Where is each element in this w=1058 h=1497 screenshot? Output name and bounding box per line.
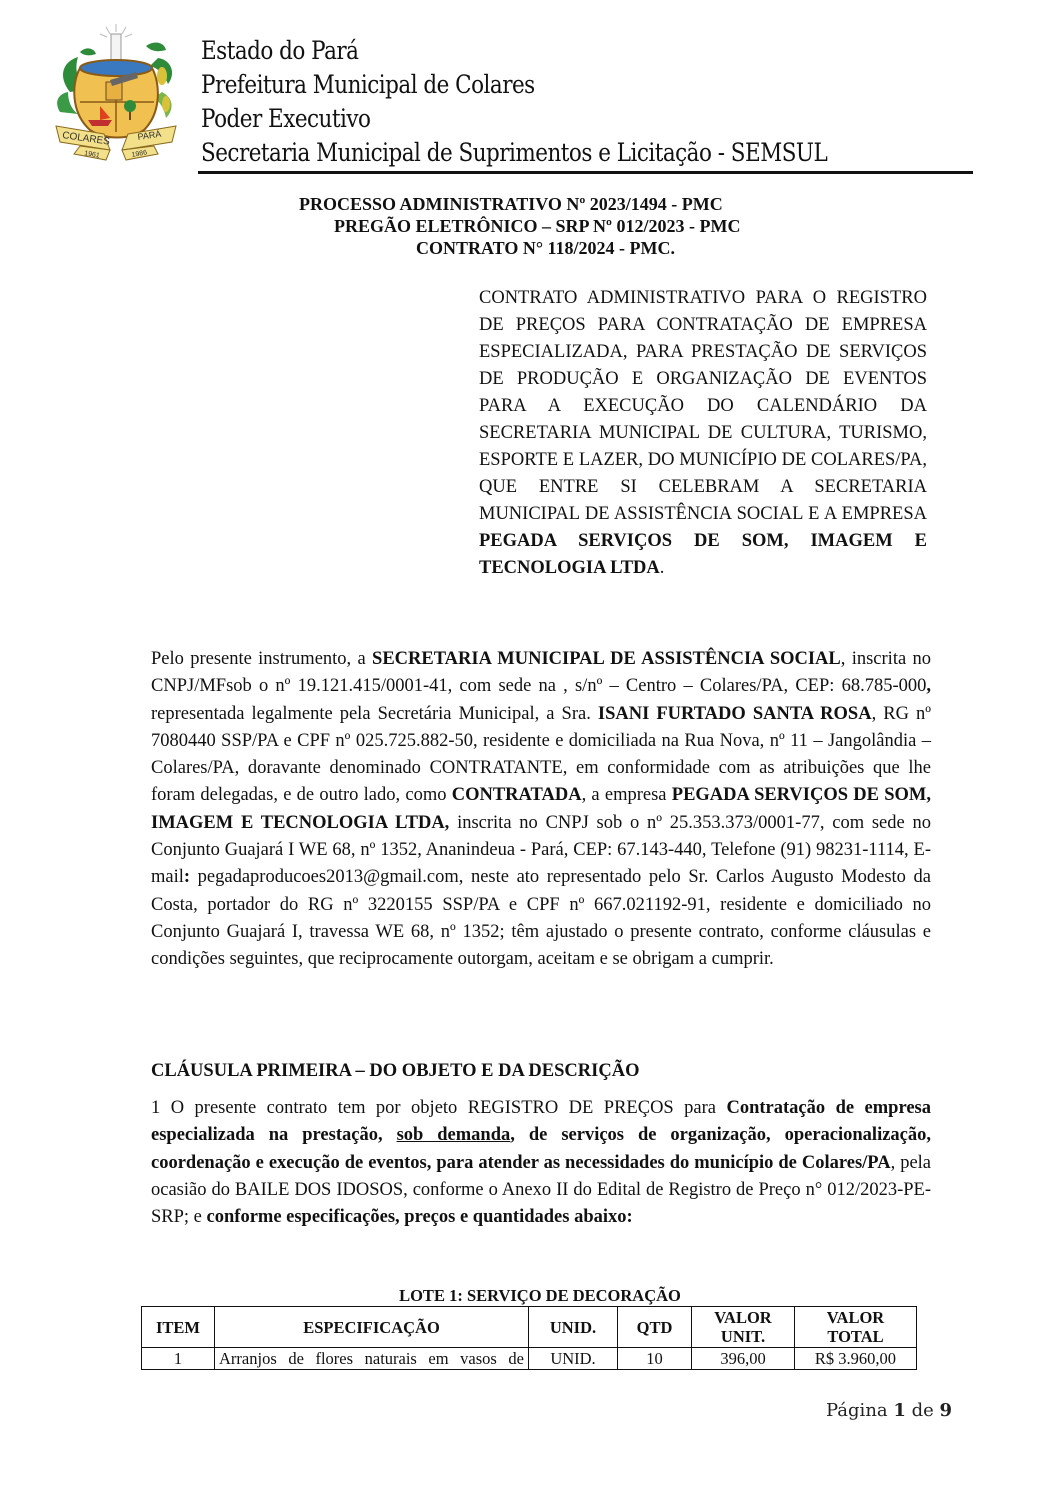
col-spec: ESPECIFICAÇÃO — [215, 1307, 529, 1348]
text: , — [926, 676, 931, 696]
text: Pelo presente instrumento, a — [151, 649, 372, 669]
coat-of-arms-icon: COLARES PARÁ 1961 1986 — [50, 22, 182, 162]
contract-summary: CONTRATO ADMINISTRATIVO PARA O REGISTRO … — [479, 285, 927, 582]
lot-title: LOTE 1: SERVIÇO DE DECORAÇÃO — [0, 1286, 1058, 1306]
col-item: ITEM — [142, 1307, 215, 1348]
items-table: ITEM ESPECIFICAÇÃO UNID. QTD VALOR UNIT.… — [141, 1306, 917, 1370]
contract-number: CONTRATO N° 118/2024 - PMC. — [416, 237, 675, 259]
text: , a empresa — [582, 785, 672, 805]
summary-text: CONTRATO ADMINISTRATIVO PARA O REGISTRO … — [479, 288, 927, 524]
text: pegadaproducoes2013@gmail.com, neste ato… — [151, 867, 931, 969]
cell-item: 1 — [142, 1348, 215, 1370]
clause-one-title: CLÁUSULA PRIMEIRA – DO OBJETO E DA DESCR… — [151, 1061, 639, 1082]
process-number: PROCESSO ADMINISTRATIVO Nº 2023/1494 - P… — [299, 193, 723, 215]
summary-end: . — [660, 558, 665, 578]
table-row: 1 Arranjos de flores naturais em vasos d… — [142, 1348, 917, 1370]
svg-text:1961: 1961 — [84, 150, 101, 160]
page-number: Página 1 de 9 — [826, 1400, 952, 1421]
summary-company: PEGADA SERVIÇOS DE SOM, IMAGEM E TECNOLO… — [479, 531, 927, 578]
cell-qty: 10 — [618, 1348, 692, 1370]
clause-one-paragraph: 1 O presente contrato tem por objeto REG… — [151, 1095, 931, 1231]
cell-spec: Arranjos de flores naturais em vasos de — [215, 1348, 529, 1370]
letterhead-branch: Poder Executivo — [201, 102, 827, 136]
svg-text:1986: 1986 — [131, 149, 148, 159]
preamble-paragraph: Pelo presente instrumento, a SECRETARIA … — [151, 646, 931, 974]
letterhead-department: Secretaria Municipal de Suprimentos e Li… — [201, 136, 827, 170]
letterhead-prefecture: Prefeitura Municipal de Colares — [201, 68, 827, 102]
document-page: COLARES PARÁ 1961 1986 Estado do Pará Pr… — [0, 0, 1058, 1497]
underlined-text: sob demanda — [397, 1125, 511, 1145]
cell-unit: UNID. — [529, 1348, 618, 1370]
col-total-price: VALOR TOTAL — [795, 1307, 917, 1348]
current-page: 1 — [893, 1400, 906, 1421]
letterhead: Estado do Pará Prefeitura Municipal de C… — [201, 34, 827, 170]
representative-name: ISANI FURTADO SANTA ROSA — [598, 704, 872, 724]
letterhead-state: Estado do Pará — [201, 34, 827, 68]
text: 1 O presente contrato tem por objeto REG… — [151, 1098, 726, 1118]
col-qty: QTD — [618, 1307, 692, 1348]
contracting-party: SECRETARIA MUNICIPAL DE ASSISTÊNCIA SOCI… — [372, 649, 841, 669]
header-divider — [198, 171, 973, 174]
cell-total-price: R$ 3.960,00 — [795, 1348, 917, 1370]
col-unit-price: VALOR UNIT. — [692, 1307, 795, 1348]
cell-unit-price: 396,00 — [692, 1348, 795, 1370]
text: de — [906, 1400, 940, 1421]
total-pages: 9 — [940, 1400, 953, 1421]
table-header-row: ITEM ESPECIFICAÇÃO UNID. QTD VALOR UNIT.… — [142, 1307, 917, 1348]
text: representada legalmente pela Secretária … — [151, 704, 598, 724]
auction-number: PREGÃO ELETRÔNICO – SRP Nº 012/2023 - PM… — [334, 215, 740, 237]
text: Página — [826, 1400, 893, 1421]
text: conforme especificações, preços e quanti… — [207, 1207, 633, 1227]
col-unit: UNID. — [529, 1307, 618, 1348]
contracted-label: CONTRATADA — [452, 785, 582, 805]
